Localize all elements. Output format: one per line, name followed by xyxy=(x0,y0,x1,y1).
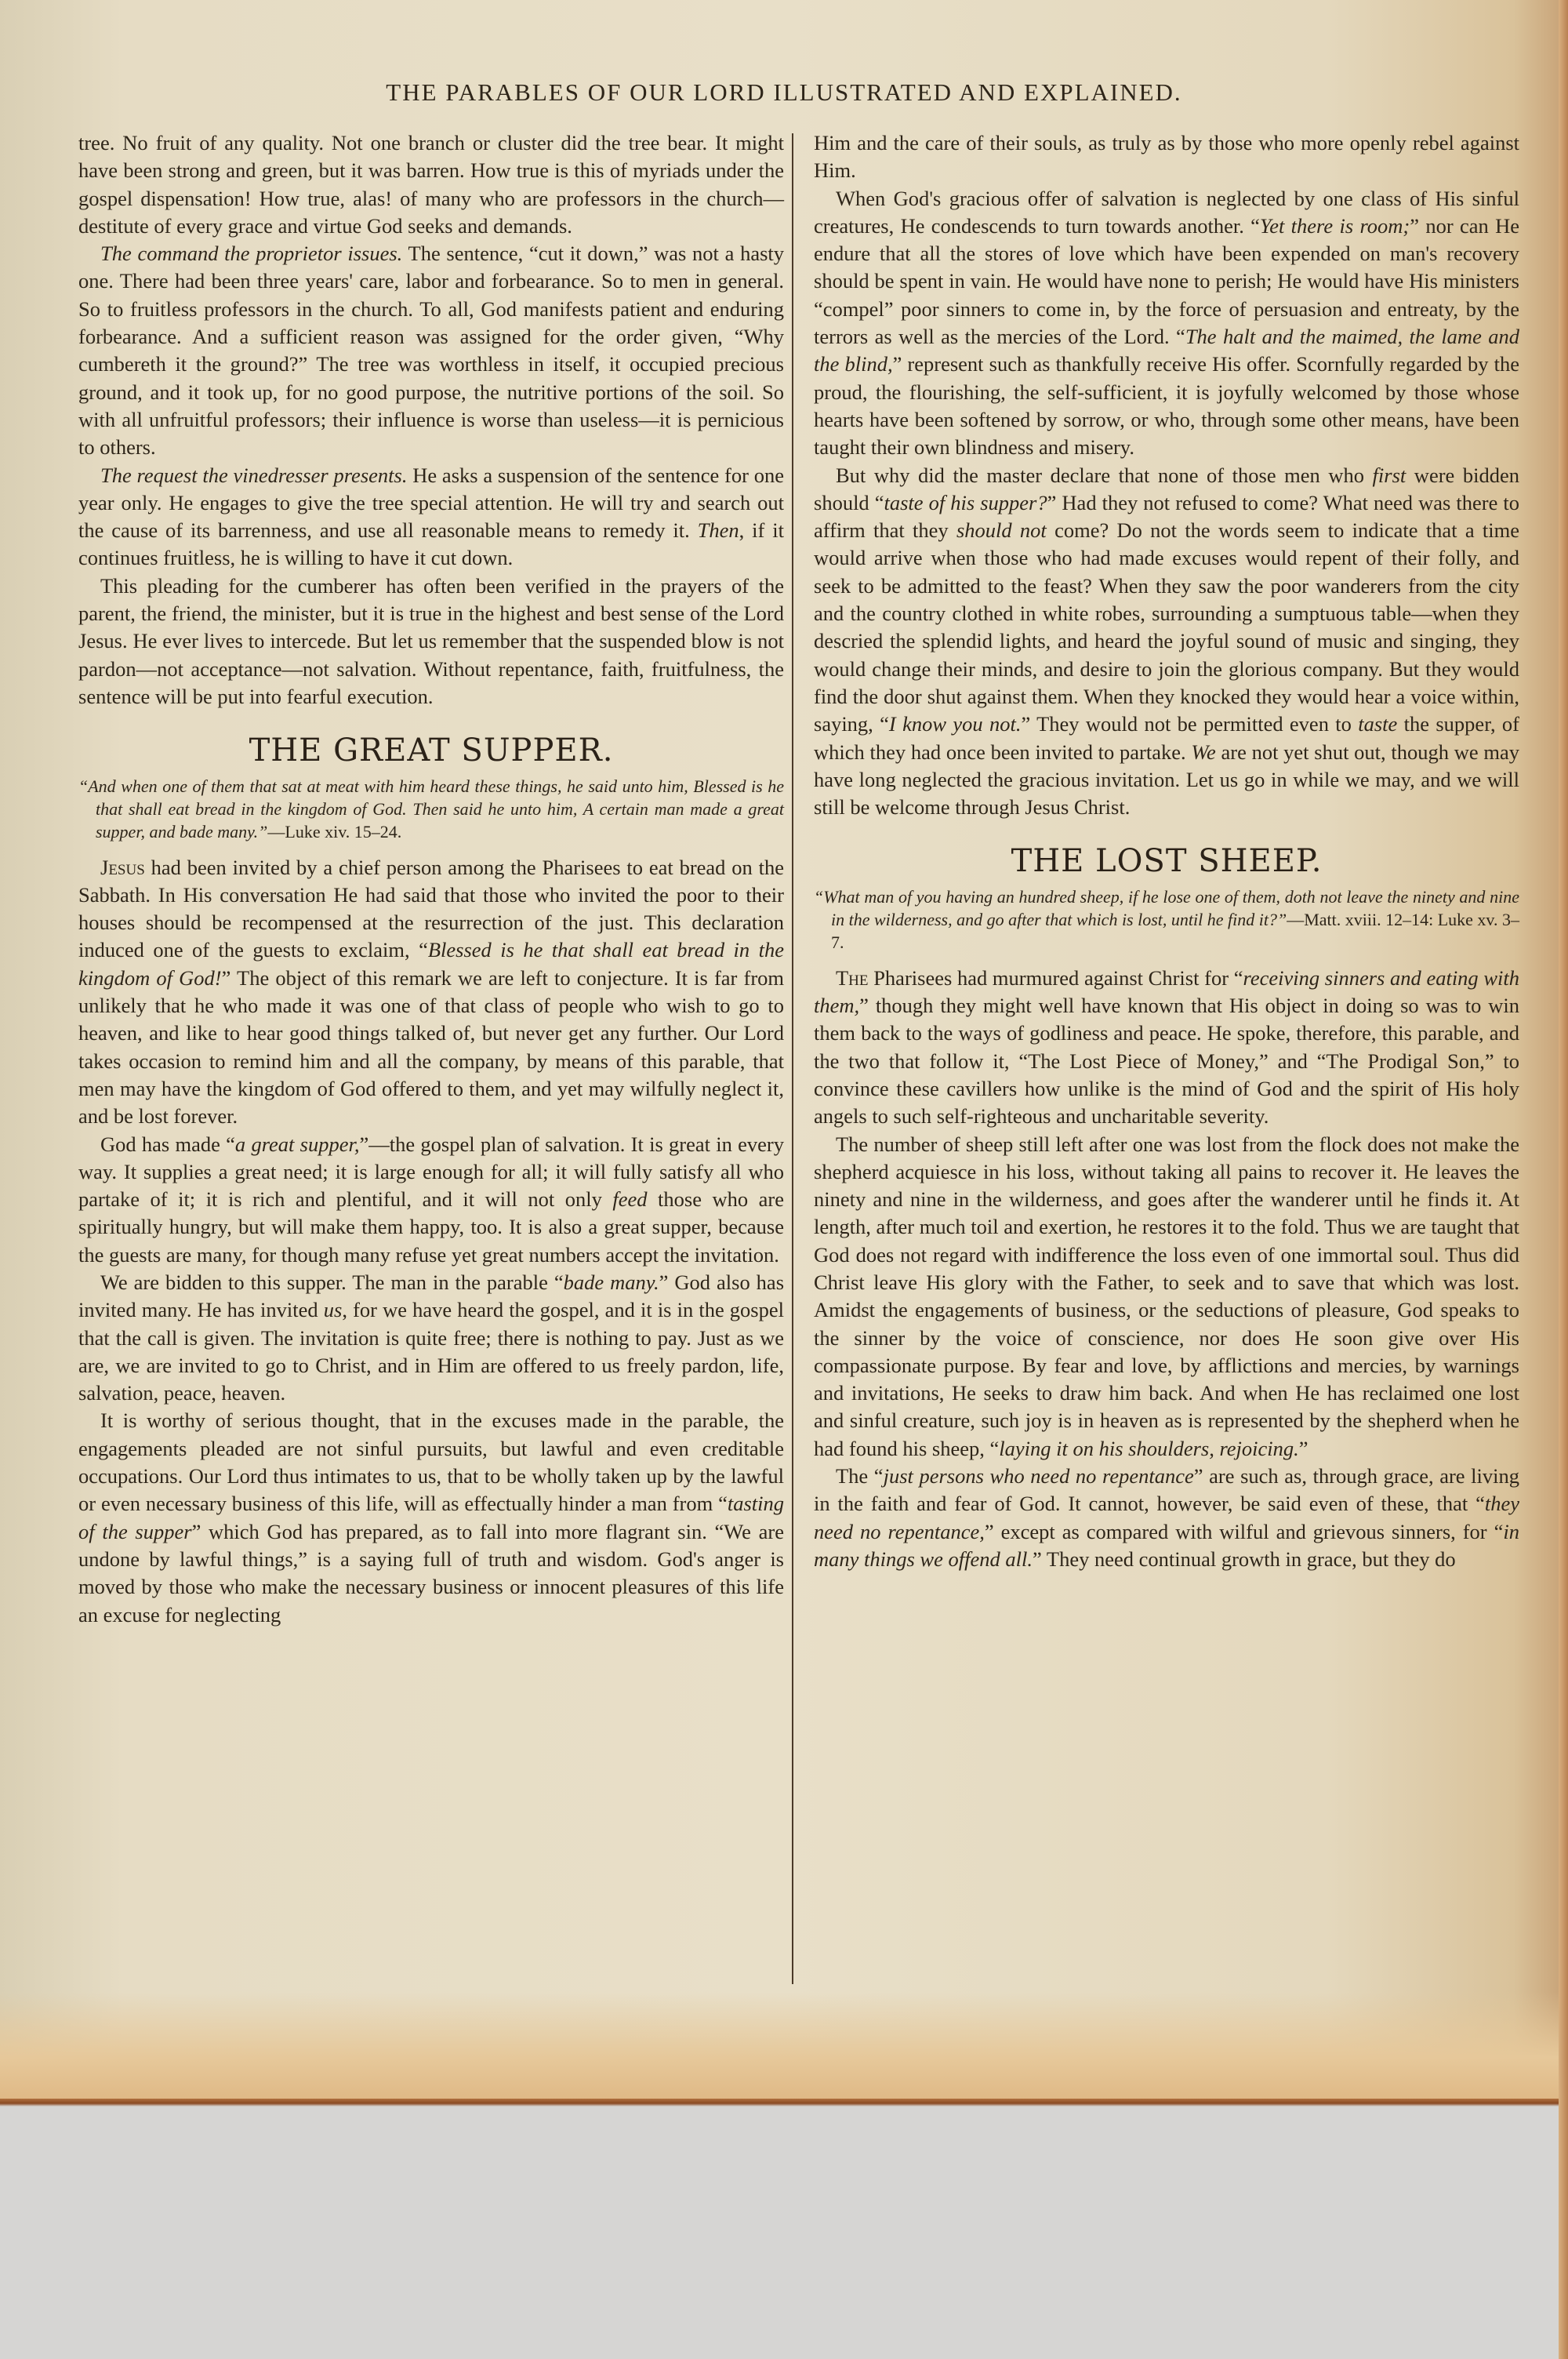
page-fore-edge xyxy=(1559,0,1568,2359)
right-column: Him and the care of their souls, as trul… xyxy=(814,129,1519,1573)
paragraph: We are bidden to this supper. The man in… xyxy=(78,1269,784,1407)
scripture-epigraph: “What man of you having an hundred sheep… xyxy=(814,885,1519,954)
column-rule xyxy=(792,133,793,1984)
italic-lead: The command the proprietor issues. xyxy=(100,242,402,265)
background-sheet xyxy=(0,2106,1568,2359)
paragraph: This pleading for the cumberer has often… xyxy=(78,572,784,711)
left-column: tree. No fruit of any quality. Not one b… xyxy=(78,129,784,1629)
page-margin-stain xyxy=(0,1992,1560,2102)
paragraph: But why did the master declare that none… xyxy=(814,462,1519,822)
paragraph: tree. No fruit of any quality. Not one b… xyxy=(78,129,784,240)
paragraph: Him and the care of their souls, as trul… xyxy=(814,129,1519,185)
paragraph: The number of sheep still left after one… xyxy=(814,1131,1519,1463)
page-bottom-edge xyxy=(0,2099,1560,2106)
paragraph: The Pharisees had murmured against Chris… xyxy=(814,965,1519,1131)
italic-lead: The request the vinedresser presents. xyxy=(100,463,407,487)
running-head: THE PARABLES OF OUR LORD ILLUSTRATED AND… xyxy=(0,78,1568,107)
paragraph: When God's gracious offer of salvation i… xyxy=(814,185,1519,462)
paragraph: The command the proprietor issues. The s… xyxy=(78,240,784,461)
paragraph: The request the vinedresser presents. He… xyxy=(78,462,784,572)
paragraph: Jesus had been invited by a chief person… xyxy=(78,854,784,1131)
paragraph: It is worthy of serious thought, that in… xyxy=(78,1407,784,1628)
section-title-lost-sheep: THE LOST SHEEP. xyxy=(814,848,1519,875)
scripture-epigraph: “And when one of them that sat at meat w… xyxy=(78,775,784,843)
scripture-reference: —Luke xiv. 15–24. xyxy=(267,822,401,841)
section-title-great-supper: THE GREAT SUPPER. xyxy=(78,737,784,765)
paragraph: God has made “a great supper,”—the gospe… xyxy=(78,1131,784,1269)
paragraph: The “just persons who need no repentance… xyxy=(814,1463,1519,1573)
